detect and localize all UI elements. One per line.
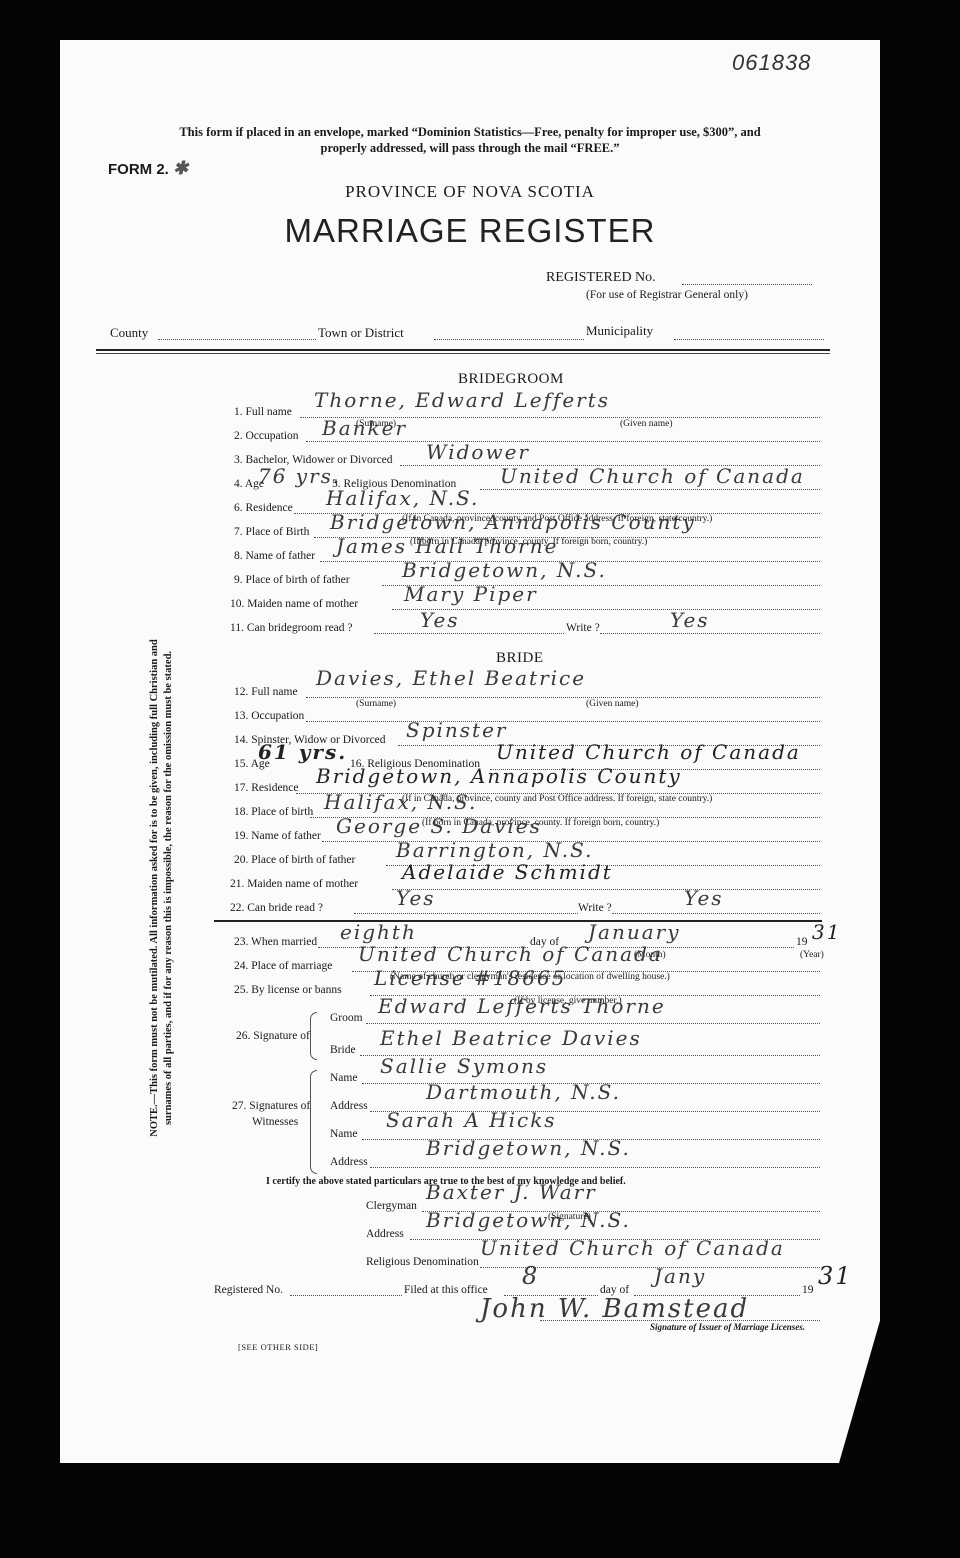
married-month-value[interactable]: January	[588, 920, 681, 944]
bride-occupation-label: 13. Occupation	[234, 710, 304, 722]
bride-full-name-line	[306, 697, 820, 698]
groom-read-line	[374, 633, 564, 634]
bride-full-name-value[interactable]: Davies, Ethel Beatrice	[316, 666, 586, 690]
when-married-label: 23. When married	[234, 936, 317, 948]
filed-day-value[interactable]: 8	[522, 1262, 539, 1290]
bride-divider	[214, 920, 822, 922]
groom-occupation-value[interactable]: Banker	[322, 416, 407, 440]
side-note: NOTE.—This form must not be mutilated. A…	[148, 578, 176, 1198]
bridegroom-heading: BRIDEGROOM	[458, 371, 564, 388]
filed-year-value[interactable]: 31	[818, 1262, 853, 1290]
groom-father-birthplace-value[interactable]: Bridgetown, N.S.	[402, 558, 607, 582]
bride-residence-label: 17. Residence	[234, 782, 299, 794]
bride-father-value[interactable]: George S. Davies	[336, 814, 542, 838]
groom-write-label: Write ?	[566, 622, 600, 634]
groom-residence-value[interactable]: Halifax, N.S.	[326, 486, 479, 510]
filing-registered-no-field[interactable]	[290, 1295, 402, 1296]
groom-write-line	[600, 633, 820, 634]
municipality-label: Municipality	[586, 323, 653, 339]
groom-father-label: 8. Name of father	[234, 550, 315, 562]
witness2-name-value[interactable]: Sarah A Hicks	[386, 1108, 557, 1132]
groom-mother-value[interactable]: Mary Piper	[404, 582, 538, 606]
municipality-field[interactable]	[674, 339, 824, 340]
groom-birthplace-label: 7. Place of Birth	[234, 526, 309, 538]
county-field[interactable]	[158, 339, 316, 340]
groom-full-name-value[interactable]: Thorne, Edward Lefferts	[314, 388, 610, 412]
bride-religion-value[interactable]: United Church of Canada	[496, 740, 801, 764]
groom-birthplace-value[interactable]: Bridgetown, Annapolis County	[330, 510, 696, 534]
clergyman-address-label: Address	[366, 1228, 404, 1240]
groom-occupation-label: 2. Occupation	[234, 430, 299, 442]
place-of-marriage-label: 24. Place of marriage	[234, 960, 332, 972]
groom-read-value[interactable]: Yes	[420, 608, 460, 632]
given-name-hint: (Given name)	[620, 419, 673, 429]
married-day-value[interactable]: eighth	[340, 920, 417, 944]
year-prefix: 19	[796, 936, 808, 948]
header-divider-thin	[96, 353, 830, 354]
registered-no-note: (For use of Registrar General only)	[586, 289, 748, 301]
province-heading: PROVINCE OF NOVA SCOTIA	[60, 182, 880, 202]
side-note-line2: surnames of all parties, and if for any …	[162, 578, 176, 1198]
bride-birthplace-value[interactable]: Halifax, N.S.	[324, 790, 477, 814]
side-note-line1: NOTE.—This form must not be mutilated. A…	[148, 578, 162, 1198]
bride-birthplace-label: 18. Place of birth	[234, 806, 313, 818]
year-hint: (Year)	[800, 950, 824, 960]
bride-surname-hint: (Surname)	[356, 699, 396, 709]
bride-write-line	[612, 913, 820, 914]
serial-number: 061838	[732, 50, 811, 76]
witness1-address-value[interactable]: Dartmouth, N.S.	[426, 1080, 621, 1104]
bride-age-value[interactable]: 61 yrs.	[258, 740, 347, 764]
groom-full-name-label: 1. Full name	[234, 406, 292, 418]
form-label: FORM 2.	[108, 161, 169, 178]
county-label: County	[110, 325, 148, 341]
bride-status-value[interactable]: Spinster	[406, 718, 507, 742]
groom-religion-line	[480, 489, 820, 490]
clergyman-denomination-label: Religious Denomination	[366, 1256, 479, 1268]
place-of-marriage-value[interactable]: United Church of Canada	[358, 942, 663, 966]
witness2-address-value[interactable]: Bridgetown, N.S.	[426, 1136, 631, 1160]
witness1-name-value[interactable]: Sallie Symons	[380, 1054, 548, 1078]
witnesses-label-2: Witnesses	[252, 1116, 298, 1128]
see-other-side-note: [SEE OTHER SIDE]	[238, 1342, 318, 1352]
signature-brace	[310, 1012, 317, 1060]
marriage-register-form: 061838 This form if placed in an envelop…	[60, 40, 880, 1463]
bride-occupation-field[interactable]	[306, 721, 820, 722]
postage-notice-line2: properly addressed, will pass through th…	[60, 140, 880, 156]
issuer-signature-label: Signature of Issuer of Marriage Licenses…	[650, 1322, 805, 1332]
witness2-name-label: Name	[330, 1128, 357, 1140]
form-number: FORM 2. ✱	[108, 158, 188, 179]
groom-signature-value[interactable]: Edward Lefferts Thorne	[378, 994, 666, 1018]
clergyman-signature-value[interactable]: Baxter J. Warr	[426, 1180, 597, 1204]
clergyman-label: Clergyman	[366, 1200, 417, 1212]
groom-father-birthplace-label: 9. Place of birth of father	[234, 574, 350, 586]
groom-mother-label: 10. Maiden name of mother	[230, 598, 358, 610]
bride-father-birthplace-value[interactable]: Barrington, N.S.	[396, 838, 593, 862]
filed-month-value[interactable]: Jany	[654, 1264, 706, 1288]
registered-no-label: REGISTERED No.	[546, 270, 656, 286]
bride-father-birthplace-label: 20. Place of birth of father	[234, 854, 355, 866]
witness2-address-line	[370, 1167, 820, 1168]
groom-occupation-line	[306, 441, 820, 442]
bride-residence-value[interactable]: Bridgetown, Annapolis County	[316, 764, 682, 788]
filed-label: Filed at this office	[404, 1284, 488, 1296]
bride-read-label: 22. Can bride read ?	[230, 902, 323, 914]
groom-father-value[interactable]: James Hall Thorne	[336, 534, 558, 558]
witnesses-label-1: 27. Signatures of	[232, 1100, 310, 1112]
groom-signature-label: Groom	[330, 1012, 363, 1024]
license-label: 25. By license or banns	[234, 984, 342, 996]
groom-write-value[interactable]: Yes	[670, 608, 710, 632]
postage-notice-line1: This form if placed in an envelope, mark…	[60, 124, 880, 140]
bride-read-value[interactable]: Yes	[396, 886, 436, 910]
bride-given-name-hint: (Given name)	[586, 699, 639, 709]
witness2-address-label: Address	[330, 1156, 368, 1168]
witness1-address-label: Address	[330, 1100, 368, 1112]
clergyman-address-value[interactable]: Bridgetown, N.S.	[426, 1208, 631, 1232]
filed-year-prefix: 19	[802, 1284, 814, 1296]
witness1-name-label: Name	[330, 1072, 357, 1084]
filing-registered-no-label: Registered No.	[214, 1284, 283, 1296]
bride-father-label: 19. Name of father	[234, 830, 321, 842]
groom-signature-line	[366, 1023, 820, 1024]
bride-mother-value[interactable]: Adelaide Schmidt	[402, 860, 613, 884]
bride-signature-label: Bride	[330, 1044, 356, 1056]
license-value[interactable]: License #18665	[374, 966, 566, 990]
groom-status-value[interactable]: Widower	[426, 440, 530, 464]
bride-signature-value[interactable]: Ethel Beatrice Davies	[380, 1026, 642, 1050]
bride-write-label: Write ?	[578, 902, 612, 914]
asterisk-mark-icon: ✱	[173, 158, 188, 179]
issuer-signature-line	[540, 1320, 820, 1321]
groom-read-label: 11. Can bridegroom read ?	[230, 622, 353, 634]
groom-religion-value[interactable]: United Church of Canada	[500, 464, 805, 488]
town-label: Town or District	[318, 325, 404, 341]
bride-mother-label: 21. Maiden name of mother	[230, 878, 358, 890]
registered-no-field[interactable]	[682, 284, 812, 285]
witness-brace	[310, 1070, 317, 1174]
signature-of-label: 26. Signature of	[236, 1030, 310, 1042]
town-field[interactable]	[434, 339, 584, 340]
bride-heading: BRIDE	[496, 650, 544, 667]
page-title: MARRIAGE REGISTER	[60, 212, 880, 250]
bride-read-line	[354, 913, 578, 914]
header-divider	[96, 349, 830, 351]
clergyman-denomination-value[interactable]: United Church of Canada	[480, 1236, 785, 1260]
groom-residence-label: 6. Residence	[234, 502, 293, 514]
groom-age-value[interactable]: 76 yrs.	[258, 464, 341, 488]
married-year-value[interactable]: 31	[812, 920, 841, 944]
bride-mother-line	[392, 889, 820, 890]
bride-write-value[interactable]: Yes	[684, 886, 724, 910]
bride-full-name-label: 12. Full name	[234, 686, 298, 698]
